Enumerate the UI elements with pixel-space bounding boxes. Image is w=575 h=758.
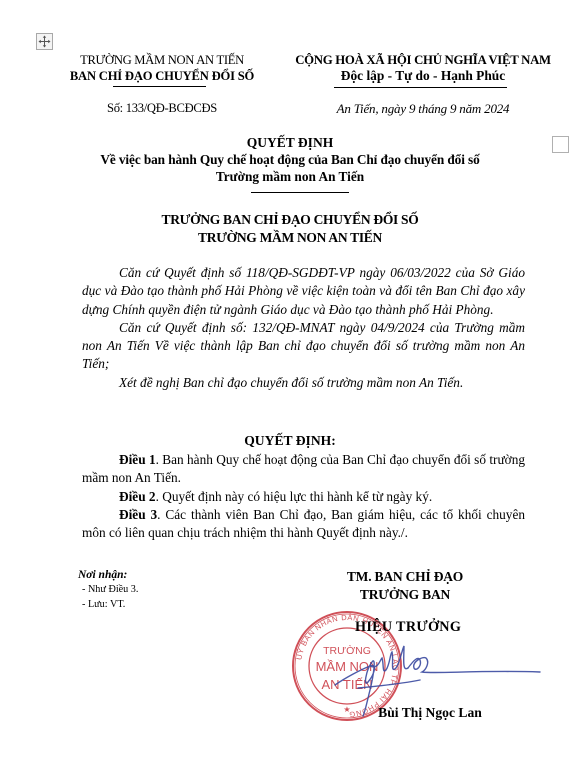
issuing-unit: BAN CHỈ ĐẠO CHUYỂN ĐỔI SỐ [62,68,262,84]
legal-basis-1: Căn cứ Quyết định số 118/QĐ-SGDĐT-VP ngà… [82,264,525,319]
national-motto: Độc lập - Tự do - Hạnh Phúc [273,68,573,84]
article-2-text: . Quyết định này có hiệu lực thi hành kể… [156,489,433,504]
article-3-label: Điều 3 [119,507,157,522]
header-left-rule [113,86,206,87]
document-subject-line1: Về việc ban hành Quy chế hoạt động của B… [60,151,520,168]
article-2-label: Điều 2 [119,489,156,504]
signer-name: Bùi Thị Ngọc Lan [340,705,520,721]
document-subject-line2: Trường mầm non An Tiến [60,168,520,185]
article-1: Điều 1. Ban hành Quy chế hoạt động của B… [82,451,525,488]
document-title-block: QUYẾT ĐỊNH Về việc ban hành Quy chế hoạt… [60,134,520,185]
legal-basis-3: Xét đề nghị Ban chỉ đạo chuyển đổi số tr… [82,374,525,392]
title-rule [251,192,349,193]
signature-heading: TM. BAN CHỈ ĐẠO TRƯỞNG BAN [300,568,510,604]
legal-basis-section: Căn cứ Quyết định số 118/QĐ-SGDĐT-VP ngà… [82,264,525,392]
national-header-block: CỘNG HOÀ XÃ HỘI CHỦ NGHĨA VIỆT NAM Độc l… [273,52,573,84]
recipients-block: Nơi nhận: - Như Điều 3. - Lưu: VT. [78,568,138,612]
recipients-label: Nơi nhận: [78,568,138,582]
article-3: Điều 3. Các thành viên Ban Chỉ đạo, Ban … [82,506,525,543]
recipient-item: - Như Điều 3. [78,582,138,597]
header-right-rule [334,87,507,88]
on-behalf-label: TM. BAN CHỈ ĐẠO [300,568,510,586]
article-1-label: Điều 1 [119,452,156,467]
signing-authority-heading: TRƯỞNG BAN CHỈ ĐẠO CHUYỂN ĐỔI SỐ TRƯỜNG … [60,211,520,247]
signer-position: TRƯỞNG BAN [300,586,510,604]
nation-name: CỘNG HOÀ XÃ HỘI CHỦ NGHĨA VIỆT NAM [273,52,573,68]
move-arrows-icon [38,35,51,48]
recipient-item: - Lưu: VT. [78,597,138,612]
place-date: An Tiến, ngày 9 tháng 9 năm 2024 [273,101,573,117]
document-number: Số: 133/QĐ-BCĐCĐS [62,101,262,116]
issuing-authority-block: TRƯỜNG MẦM NON AN TIẾN BAN CHỈ ĐẠO CHUYỂ… [62,52,262,84]
organization-name: TRƯỜNG MẦM NON AN TIẾN [62,52,262,68]
table-move-handle[interactable] [36,33,53,50]
articles-section: Điều 1. Ban hành Quy chế hoạt động của B… [82,451,525,542]
article-2: Điều 2. Quyết định này có hiệu lực thi h… [82,488,525,506]
legal-basis-2: Căn cứ Quyết định số: 132/QĐ-MNAT ngày 0… [82,319,525,374]
authority-line1: TRƯỞNG BAN CHỈ ĐẠO CHUYỂN ĐỔI SỐ [60,211,520,229]
document-type: QUYẾT ĐỊNH [60,134,520,151]
authority-line2: TRƯỜNG MẦM NON AN TIẾN [60,229,520,247]
table-resize-handle[interactable] [552,136,569,153]
decision-heading: QUYẾT ĐỊNH: [60,433,520,449]
